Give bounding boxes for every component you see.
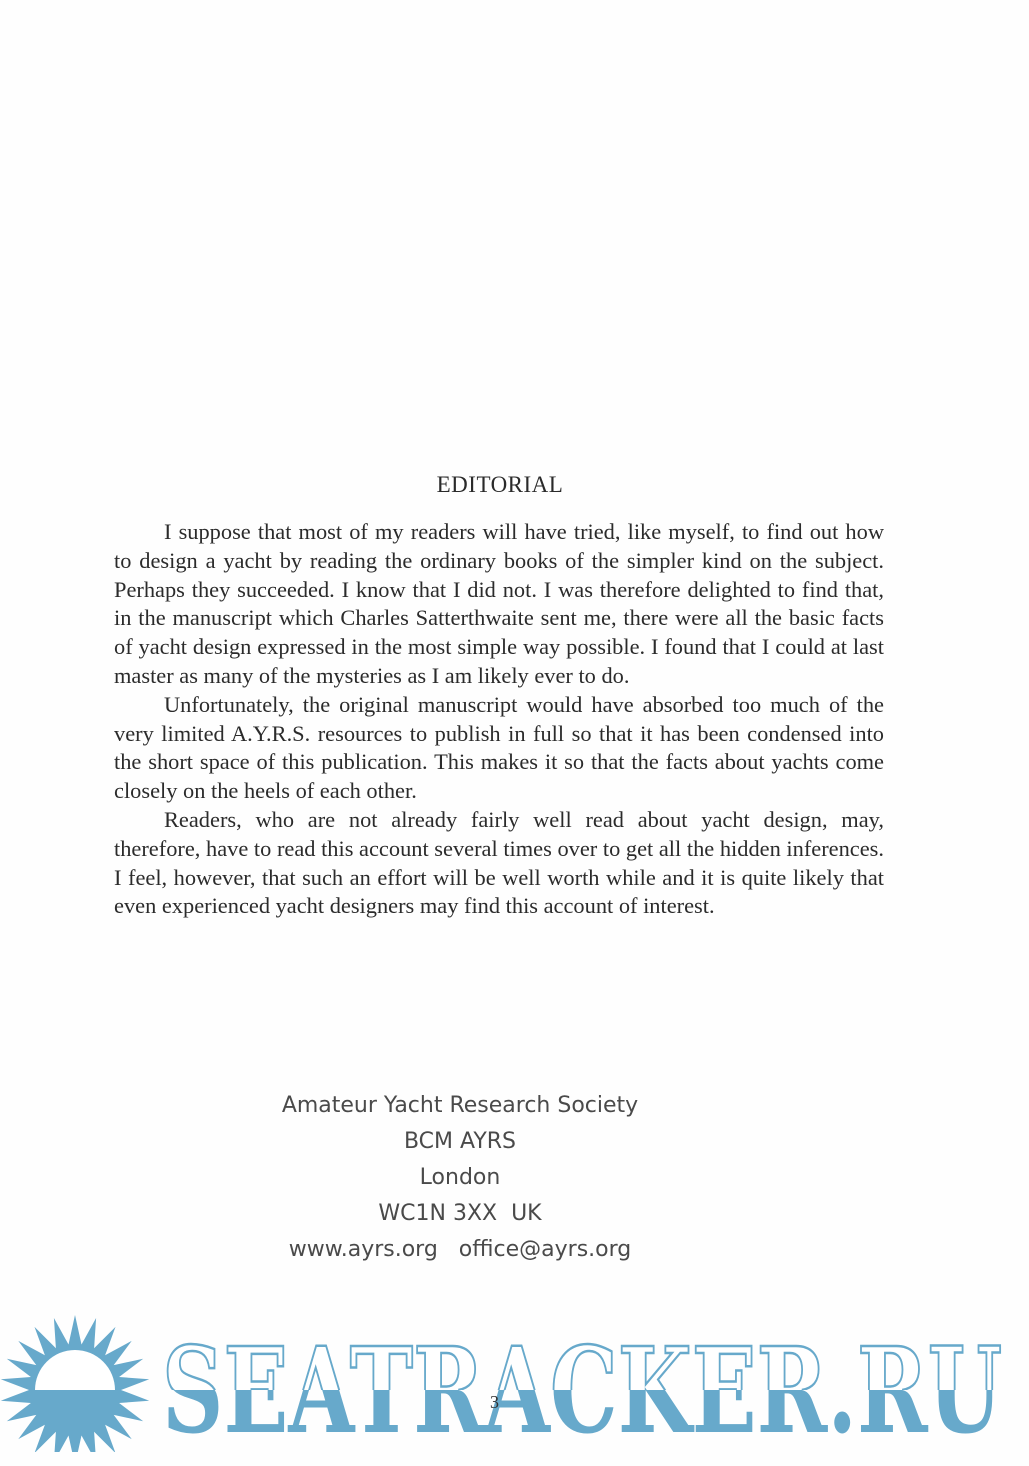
contact-line: www.ayrs.org office@ayrs.org xyxy=(230,1232,690,1268)
address-city: London xyxy=(230,1160,690,1196)
paragraph-2: Unfortunately, the original manuscript w… xyxy=(114,691,884,806)
address-line: BCM AYRS xyxy=(230,1124,690,1160)
address-postcode: WC1N 3XX UK xyxy=(230,1196,690,1232)
paragraph-3: Readers, who are not already fairly well… xyxy=(114,806,884,921)
sun-icon xyxy=(1,1315,149,1452)
page-title: EDITORIAL xyxy=(0,472,1000,498)
page-number: 3 xyxy=(490,1392,499,1413)
paragraph-1: I suppose that most of my readers will h… xyxy=(114,518,884,691)
organization-name: Amateur Yacht Research Society xyxy=(230,1088,690,1124)
document-page: EDITORIAL I suppose that most of my read… xyxy=(0,0,1029,1466)
editorial-body: I suppose that most of my readers will h… xyxy=(114,518,884,921)
watermark-text: SEATRACKER.RU SEATRACKER.RU xyxy=(162,1321,1002,1452)
watermark: SEATRACKER.RU SEATRACKER.RU xyxy=(0,1312,1029,1452)
address-block: Amateur Yacht Research Society BCM AYRS … xyxy=(230,1088,690,1268)
